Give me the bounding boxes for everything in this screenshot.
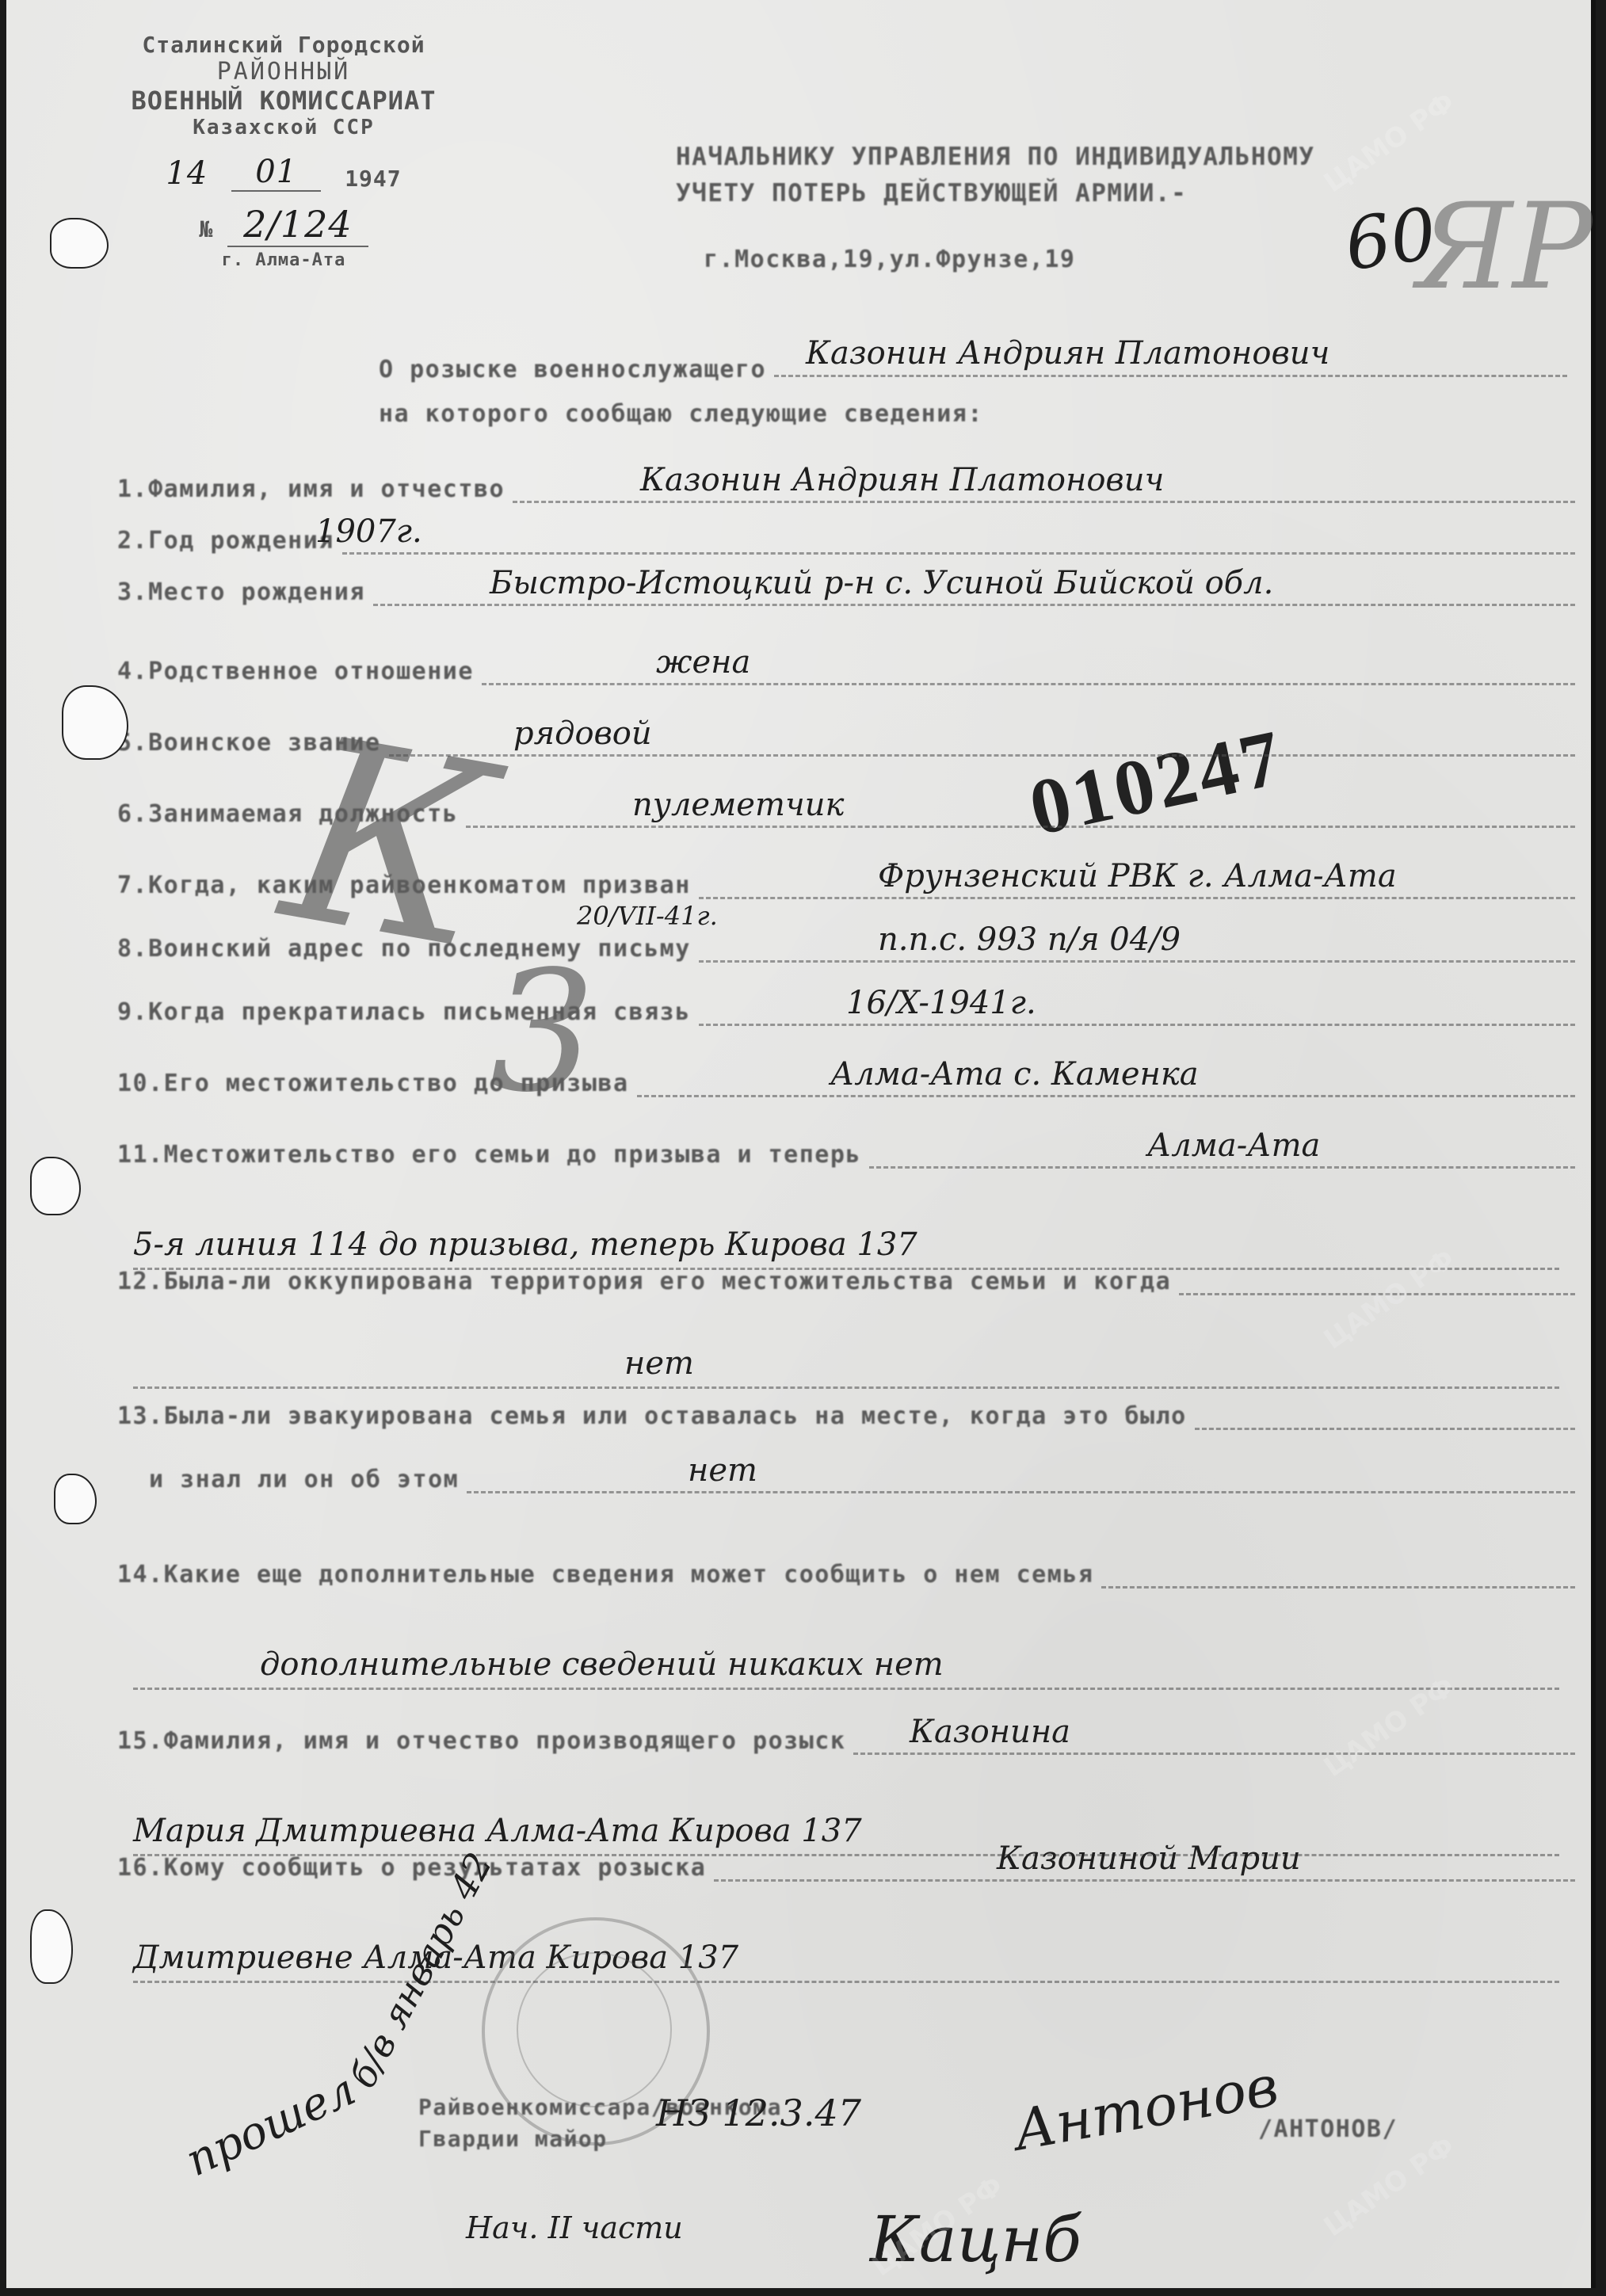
field-row: 11.Местожительство его семьи до призыва … [117, 1141, 1575, 1169]
stamp-date: 14 01 1947 [117, 154, 450, 192]
military-commissariat-stamp: Сталинский Городской РАЙОННЫЙ ВОЕННЫЙ КО… [117, 32, 450, 270]
intro-fill-1: Казонин Андриян Платонович [774, 353, 1567, 377]
paper-tear [50, 218, 109, 269]
field-value: Казонин Андриян Платонович [640, 462, 1164, 498]
field-label: 14.Какие еще дополнительные сведения мож… [117, 1561, 1093, 1589]
field-label: 15.Фамилия, имя и отчество производящего… [117, 1727, 845, 1755]
field-continuation-line: Мария Дмитриевна Алма-Ата Кирова 137 [133, 1798, 1559, 1856]
field-value: Казониной Марии [997, 1840, 1301, 1877]
field-label: 7.Когда, каким райвоенкоматом призван [117, 871, 691, 899]
field-row: 5.Воинское званиерядовой [117, 729, 1575, 757]
intro-block: О розыске военнослужащего Казонин Андрия… [379, 353, 1567, 448]
page-number-mark: 60 [1340, 193, 1441, 288]
field-blank-line [467, 1469, 1575, 1493]
stamp-line-3: ВОЕННЫЙ КОМИССАРИАТ [117, 86, 450, 116]
field-value: 16/X-1941г. [846, 985, 1036, 1021]
pencil-mark: ЯР [1417, 178, 1593, 316]
field-label: 6.Занимаемая должность [117, 800, 458, 828]
field-value: Алма-Ата с. Каменка [830, 1056, 1199, 1093]
field-value: Фрунзенский РВК г. Алма-Ата [878, 858, 1397, 894]
field-label: 10.Его местожительство до призыва [117, 1070, 629, 1097]
field-continuation-value: дополнительные сведений никаких нет [260, 1646, 944, 1683]
handwritten-note-3: НЗ 12.3.47 [656, 2092, 861, 2134]
field-continuation-value: нет [624, 1345, 694, 1382]
field-row: 10.Его местожительство до призываАлма-Ат… [117, 1070, 1575, 1097]
field-label: 4.Родственное отношение [117, 658, 474, 685]
field-row: 9.Когда прекратилась письменная связь16/… [117, 998, 1575, 1026]
field-value: п.п.с. 993 п/я 04/9 [878, 921, 1181, 958]
field-value-secondary: 20/VII-41г. [577, 901, 718, 931]
field-continuation-line: Дмитриевне Алма-Ата Кирова 137 [133, 1925, 1559, 1983]
field-continuation-line: дополнительные сведений никаких нет [133, 1632, 1559, 1690]
field-row: 4.Родственное отношениежена [117, 658, 1575, 685]
field-label: 2.Год рождения [117, 527, 334, 555]
field-value: пулеметчик [632, 787, 844, 823]
field-label: 1.Фамилия, имя и отчество [117, 475, 505, 503]
stamp-number: № 2/124 [117, 203, 450, 246]
field-row: 14.Какие еще дополнительные сведения мож… [117, 1561, 1575, 1589]
field-continuation-value: 5-я линия 114 до призыва, теперь Кирова … [133, 1226, 917, 1263]
field-continuation-value: Мария Дмитриевна Алма-Ата Кирова 137 [133, 1813, 862, 1849]
field-row: 7.Когда, каким райвоенкоматом призванФру… [117, 871, 1575, 899]
field-label: 5.Воинское звание [117, 729, 381, 757]
intro-row-2: на которого сообщаю следующие сведения: [379, 400, 1567, 448]
field-row-continuation: и знал ли он об этом [149, 1466, 1575, 1493]
intro-label-2: на которого сообщаю следующие сведения: [379, 400, 983, 428]
field-row: 16.Кому сообщить о результатах розыскаКа… [117, 1854, 1575, 1882]
stamp-city: г. Алма-Ата [117, 250, 450, 270]
stamp-line-2: РАЙОННЫЙ [117, 58, 450, 86]
field-blank-line [482, 661, 1575, 685]
stamp-line-1: Сталинский Городской [117, 32, 450, 58]
stamp-date-day: 14 [166, 155, 208, 192]
stamp-line-4: Казахской ССР [117, 116, 450, 139]
paper-tear [62, 685, 128, 760]
field-label: 16.Кому сообщить о результатах розыска [117, 1854, 706, 1882]
field-blank-line [1195, 1405, 1575, 1430]
field-label-continuation: и знал ли он об этом [149, 1466, 459, 1493]
field-row: 13.Была-ли эвакуирована семья или остава… [117, 1402, 1575, 1430]
field-blank-line [1101, 1564, 1575, 1589]
field-value: жена [656, 644, 750, 681]
field-label: 3.Место рождения [117, 578, 365, 606]
addressee-address: г.Москва,19,ул.Фрунзе,19 [704, 246, 1075, 273]
signature-1: Антонов [1009, 2053, 1283, 2163]
intro-value-1: Казонин Андриян Платонович [806, 335, 1329, 372]
field-row: 6.Занимаемая должностьпулеметчик [117, 800, 1575, 828]
field-row: 1.Фамилия, имя и отчествоКазонин Андриян… [117, 475, 1575, 503]
stamp-date-month: 01 [231, 154, 321, 192]
stamp-date-year: 1947 [345, 166, 401, 192]
field-value: Быстро-Истоцкий р-н с. Усиной Бийской об… [490, 565, 1273, 601]
field-value: Казонина [910, 1714, 1070, 1750]
watermark: ЦАМО РФ [1318, 2130, 1460, 2243]
field-row: 12.Была-ли оккупирована территория его м… [117, 1268, 1575, 1295]
paper-tear [30, 1909, 73, 1984]
field-blank-line [699, 1001, 1575, 1026]
field-value: 1907г. [315, 513, 422, 550]
field-label: 12.Была-ли оккупирована территория его м… [117, 1268, 1171, 1295]
handwritten-sub-note: Нач. II части [466, 2210, 683, 2245]
field-value: рядовой [513, 715, 652, 752]
field-value: Алма-Ата [1147, 1127, 1320, 1164]
handwritten-note-1: прошел [178, 2064, 364, 2187]
field-row: 8.Воинский адрес по последнему письмуп.п… [117, 935, 1575, 963]
field-continuation-line: 5-я линия 114 до призыва, теперь Кирова … [133, 1212, 1559, 1270]
intro-label-1: О розыске военнослужащего [379, 356, 766, 383]
intro-row-1: О розыске военнослужащего Казонин Андрия… [379, 353, 1567, 400]
field-row: 2.Год рождения1907г. [117, 527, 1575, 555]
field-label: 11.Местожительство его семьи до призыва … [117, 1141, 861, 1169]
field-blank-line [342, 530, 1575, 555]
field-label: 8.Воинский адрес по последнему письму [117, 935, 691, 963]
stamp-number-prefix: № [199, 216, 213, 242]
paper-tear [30, 1157, 81, 1215]
stamp-number-value: 2/124 [227, 203, 368, 247]
paper-tear [54, 1474, 97, 1524]
document-page: Сталинский Городской РАЙОННЫЙ ВОЕННЫЙ КО… [6, 0, 1596, 2288]
field-label: 13.Была-ли эвакуирована семья или остава… [117, 1402, 1187, 1430]
footer-typed-name: /АНТОНОВ/ [1258, 2115, 1398, 2143]
field-label: 9.Когда прекратилась письменная связь [117, 998, 691, 1026]
field-row: 3.Место рожденияБыстро-Истоцкий р-н с. У… [117, 578, 1575, 606]
pencil-digit-3: 3 [490, 935, 596, 1129]
